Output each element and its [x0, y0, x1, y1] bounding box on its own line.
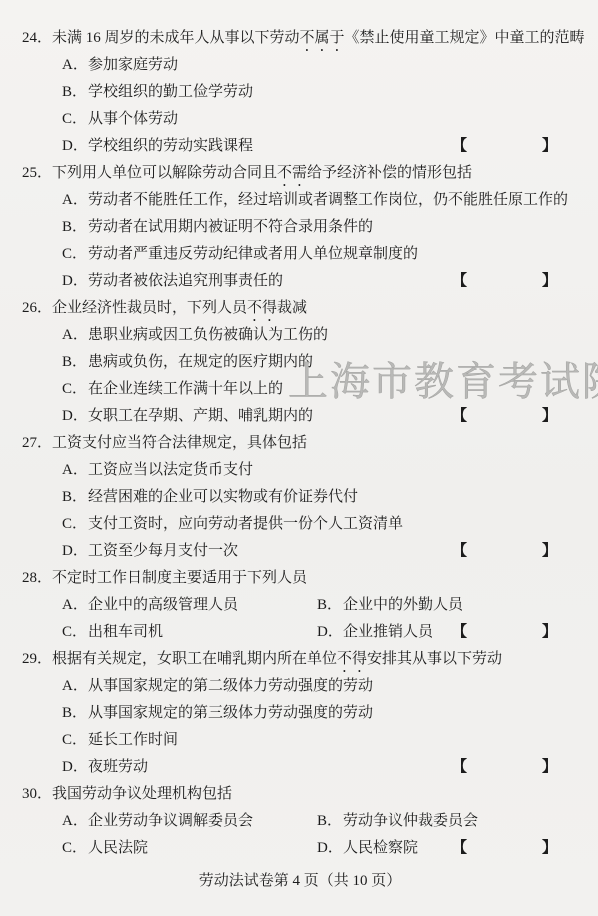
option-text: 企业劳动争议调解委员会	[88, 813, 253, 829]
stem-text: 未满 16 周岁的未成年人从事以下劳动	[52, 30, 300, 46]
option-d: D．夜班劳动 【】	[22, 754, 578, 781]
bracket-open: 【	[452, 835, 467, 862]
option-text: 工资应当以法定货币支付	[88, 462, 253, 478]
option-c: C．支付工资时，应向劳动者提供一份个人工资清单	[22, 511, 578, 538]
option-c: C．人民法院	[62, 835, 317, 862]
option-d: D．工资至少每月支付一次 【】	[22, 538, 578, 565]
bracket-close: 】	[542, 835, 557, 862]
question-stem: 29．根据有关规定，女职工在哺乳期内所在单位不得安排其从事以下劳动	[22, 646, 578, 673]
question-stem: 28．不定时工作日制度主要适用于下列人员	[22, 565, 578, 592]
stem-emphasis: 不得	[337, 651, 367, 667]
answer-bracket: 【】	[452, 538, 557, 565]
answer-bracket: 【】	[452, 403, 557, 430]
option-label: B．	[62, 214, 88, 241]
option-text: 工资至少每月支付一次	[88, 543, 238, 559]
stem-emphasis: 不需	[277, 165, 307, 181]
stem-emphasis: 不得	[247, 300, 277, 316]
option-text: 出租车司机	[88, 624, 163, 640]
answer-bracket: 【】	[452, 835, 557, 862]
option-c: C．延长工作时间	[22, 727, 578, 754]
question-number: 27．	[22, 430, 52, 457]
option-label: B．	[62, 349, 88, 376]
option-text: 患病或负伤，在规定的医疗期内的	[88, 354, 313, 370]
question-number: 25．	[22, 160, 52, 187]
option-c: C．出租车司机	[62, 619, 317, 646]
answer-bracket: 【】	[452, 133, 557, 160]
option-row-ab: A．企业中的高级管理人员B．企业中的外勤人员	[22, 592, 578, 619]
option-text: 人民法院	[88, 840, 148, 856]
stem-text: 企业经济性裁员时，下列人员	[52, 300, 247, 316]
option-label: C．	[62, 619, 88, 646]
option-label: C．	[62, 511, 88, 538]
question-stem: 26．企业经济性裁员时，下列人员不得裁减	[22, 295, 578, 322]
option-a: A．从事国家规定的第二级体力劳动强度的劳动	[22, 673, 578, 700]
option-text: 延长工作时间	[88, 732, 178, 748]
page-footer: 劳动法试卷第 4 页（共 10 页）	[22, 868, 578, 895]
option-label: D．	[317, 619, 343, 646]
question-27: 27．工资支付应当符合法律规定，具体包括 A．工资应当以法定货币支付 B．经营困…	[22, 430, 578, 565]
stem-emphasis: 不属于	[300, 30, 345, 46]
option-label: A．	[62, 808, 88, 835]
bracket-open: 【	[452, 754, 467, 781]
option-label: C．	[62, 727, 88, 754]
option-text: 经营困难的企业可以实物或有价证券代付	[88, 489, 358, 505]
option-c: C．在企业连续工作满十年以上的	[22, 376, 578, 403]
option-label: C．	[62, 376, 88, 403]
bracket-open: 【	[452, 538, 467, 565]
question-26: 26．企业经济性裁员时，下列人员不得裁减 A．患职业病或因工负伤被确认为工伤的 …	[22, 295, 578, 430]
option-a: A．患职业病或因工负伤被确认为工伤的	[22, 322, 578, 349]
option-label: A．	[62, 457, 88, 484]
option-text: 在企业连续工作满十年以上的	[88, 381, 283, 397]
option-b: B．劳动者在试用期内被证明不符合录用条件的	[22, 214, 578, 241]
question-stem: 25．下列用人单位可以解除劳动合同且不需给予经济补偿的情形包括	[22, 160, 578, 187]
option-label: B．	[317, 808, 343, 835]
option-text: 从事个体劳动	[88, 111, 178, 127]
option-label: C．	[62, 241, 88, 268]
option-text: 劳动者被依法追究刑事责任的	[88, 273, 283, 289]
option-a: A．劳动者不能胜任工作，经过培训或者调整工作岗位，仍不能胜任原工作的	[22, 187, 578, 214]
option-text: 学校组织的劳动实践课程	[88, 138, 253, 154]
option-d: D．人民检察院	[317, 840, 418, 856]
exam-page: 上海市教育考试院 24．未满 16 周岁的未成年人从事以下劳动不属于《禁止使用童…	[0, 0, 598, 916]
option-text: 企业中的外勤人员	[343, 597, 463, 613]
option-label: D．	[62, 268, 88, 295]
option-label: D．	[62, 403, 88, 430]
question-29: 29．根据有关规定，女职工在哺乳期内所在单位不得安排其从事以下劳动 A．从事国家…	[22, 646, 578, 781]
bracket-open: 【	[452, 403, 467, 430]
bracket-close: 】	[542, 133, 557, 160]
option-row-ab: A．企业劳动争议调解委员会B．劳动争议仲裁委员会	[22, 808, 578, 835]
option-text: 劳动者不能胜任工作，经过培训或者调整工作岗位，仍不能胜任原工作的	[88, 192, 568, 208]
stem-text: 安排其从事以下劳动	[367, 651, 502, 667]
option-label: D．	[62, 754, 88, 781]
question-number: 28．	[22, 565, 52, 592]
stem-text: 裁减	[277, 300, 307, 316]
question-number: 26．	[22, 295, 52, 322]
option-b: B．企业中的外勤人员	[317, 597, 463, 613]
option-text: 劳动者严重违反劳动纪律或者用人单位规章制度的	[88, 246, 418, 262]
option-c: C．劳动者严重违反劳动纪律或者用人单位规章制度的	[22, 241, 578, 268]
option-text: 患职业病或因工负伤被确认为工伤的	[88, 327, 328, 343]
option-label: D．	[62, 133, 88, 160]
stem-text: 给予经济补偿的情形包括	[307, 165, 472, 181]
option-text: 劳动者在试用期内被证明不符合录用条件的	[88, 219, 373, 235]
option-text: 企业推销人员	[343, 624, 433, 640]
stem-text: 不定时工作日制度主要适用于下列人员	[52, 570, 307, 586]
question-30: 30．我国劳动争议处理机构包括 A．企业劳动争议调解委员会B．劳动争议仲裁委员会…	[22, 781, 578, 862]
option-text: 劳动争议仲裁委员会	[343, 813, 478, 829]
option-label: D．	[317, 835, 343, 862]
bracket-close: 】	[542, 403, 557, 430]
option-text: 夜班劳动	[88, 759, 148, 775]
option-label: A．	[62, 187, 88, 214]
question-28: 28．不定时工作日制度主要适用于下列人员 A．企业中的高级管理人员B．企业中的外…	[22, 565, 578, 646]
option-label: D．	[62, 538, 88, 565]
option-a: A．工资应当以法定货币支付	[22, 457, 578, 484]
option-a: A．企业劳动争议调解委员会	[62, 808, 317, 835]
stem-text: 我国劳动争议处理机构包括	[52, 786, 232, 802]
option-label: A．	[62, 673, 88, 700]
option-b: B．经营困难的企业可以实物或有价证券代付	[22, 484, 578, 511]
bracket-close: 】	[542, 538, 557, 565]
option-label: A．	[62, 592, 88, 619]
option-label: B．	[62, 79, 88, 106]
question-stem: 30．我国劳动争议处理机构包括	[22, 781, 578, 808]
bracket-close: 】	[542, 619, 557, 646]
stem-text: 《禁止使用童工规定》中童工的范畴	[345, 30, 585, 46]
question-number: 30．	[22, 781, 52, 808]
stem-text: 根据有关规定，女职工在哺乳期内所在单位	[52, 651, 337, 667]
option-d: D．学校组织的劳动实践课程 【】	[22, 133, 578, 160]
option-label: A．	[62, 322, 88, 349]
question-25: 25．下列用人单位可以解除劳动合同且不需给予经济补偿的情形包括 A．劳动者不能胜…	[22, 160, 578, 295]
option-text: 参加家庭劳动	[88, 57, 178, 73]
option-row-cd: C．人民法院D．人民检察院 【】	[22, 835, 578, 862]
question-number: 29．	[22, 646, 52, 673]
option-text: 企业中的高级管理人员	[88, 597, 238, 613]
bracket-open: 【	[452, 619, 467, 646]
question-stem: 24．未满 16 周岁的未成年人从事以下劳动不属于《禁止使用童工规定》中童工的范…	[22, 25, 578, 52]
option-text: 支付工资时，应向劳动者提供一份个人工资清单	[88, 516, 403, 532]
option-c: C．从事个体劳动	[22, 106, 578, 133]
option-d: D．女职工在孕期、产期、哺乳期内的 【】	[22, 403, 578, 430]
bracket-open: 【	[452, 268, 467, 295]
option-text: 女职工在孕期、产期、哺乳期内的	[88, 408, 313, 424]
bracket-close: 】	[542, 268, 557, 295]
option-b: B．患病或负伤，在规定的医疗期内的	[22, 349, 578, 376]
option-a: A．企业中的高级管理人员	[62, 592, 317, 619]
answer-bracket: 【】	[452, 268, 557, 295]
option-label: C．	[62, 106, 88, 133]
option-text: 人民检察院	[343, 840, 418, 856]
answer-bracket: 【】	[452, 754, 557, 781]
bracket-open: 【	[452, 133, 467, 160]
option-b: B．学校组织的勤工俭学劳动	[22, 79, 578, 106]
option-b: B．从事国家规定的第三级体力劳动强度的劳动	[22, 700, 578, 727]
option-label: C．	[62, 835, 88, 862]
option-text: 从事国家规定的第三级体力劳动强度的劳动	[88, 705, 373, 721]
option-d: D．劳动者被依法追究刑事责任的 【】	[22, 268, 578, 295]
option-label: B．	[62, 484, 88, 511]
option-label: B．	[62, 700, 88, 727]
stem-text: 下列用人单位可以解除劳动合同且	[52, 165, 277, 181]
bracket-close: 】	[542, 754, 557, 781]
option-a: A．参加家庭劳动	[22, 52, 578, 79]
question-stem: 27．工资支付应当符合法律规定，具体包括	[22, 430, 578, 457]
stem-text: 工资支付应当符合法律规定，具体包括	[52, 435, 307, 451]
option-b: B．劳动争议仲裁委员会	[317, 813, 478, 829]
answer-bracket: 【】	[452, 619, 557, 646]
option-text: 学校组织的勤工俭学劳动	[88, 84, 253, 100]
question-24: 24．未满 16 周岁的未成年人从事以下劳动不属于《禁止使用童工规定》中童工的范…	[22, 25, 578, 160]
option-text: 从事国家规定的第二级体力劳动强度的劳动	[88, 678, 373, 694]
option-label: B．	[317, 592, 343, 619]
option-d: D．企业推销人员	[317, 624, 433, 640]
option-label: A．	[62, 52, 88, 79]
option-row-cd: C．出租车司机D．企业推销人员 【】	[22, 619, 578, 646]
question-number: 24．	[22, 25, 52, 52]
